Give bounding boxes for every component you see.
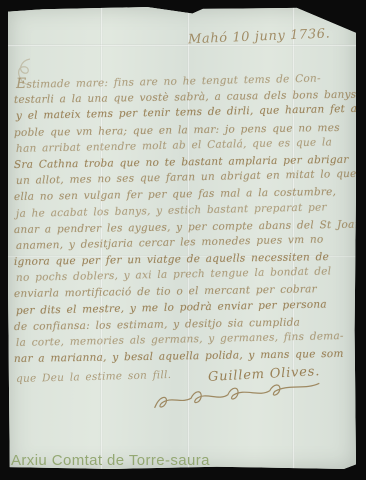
letter-paper: Mahó 10 juny 1736. Estimade mare: fins a… bbox=[8, 7, 356, 469]
signature-flourish bbox=[149, 377, 326, 415]
archive-watermark-caption: Arxiu Comtat de Torre-saura bbox=[11, 452, 210, 469]
letter-body: Estimade mare: fins are no he tengut tem… bbox=[14, 76, 356, 367]
fold-crease-horizontal-top bbox=[8, 44, 356, 47]
photo-frame: Mahó 10 juny 1736. Estimade mare: fins a… bbox=[0, 0, 366, 480]
letter-closing-line: que Deu la estime son fill. bbox=[16, 369, 172, 385]
